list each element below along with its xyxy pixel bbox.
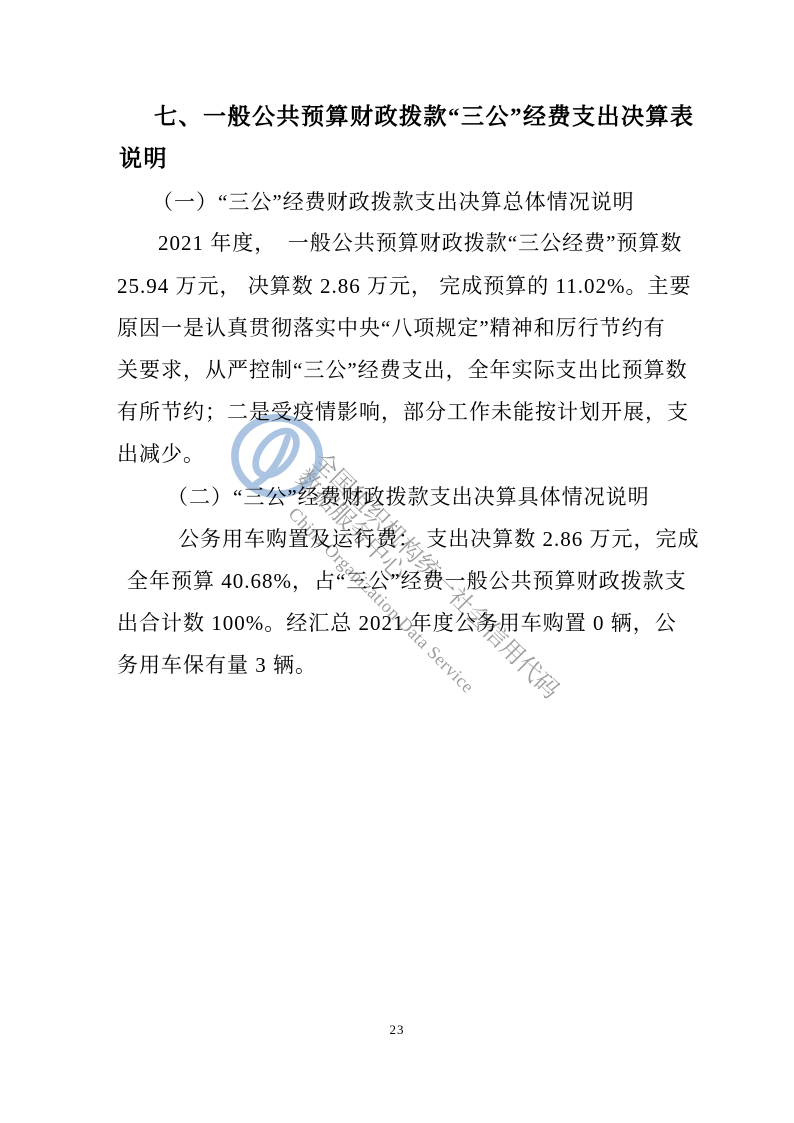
doc-line-section1-heading: （一）“三公”经费财政拨款支出决算总体情况说明 <box>152 190 635 214</box>
doc-line: 出减少。 <box>117 442 205 466</box>
doc-line-section2-heading: （二）“三公”经费财政拨款支出决算具体情况说明 <box>167 485 650 509</box>
doc-line: 2021 年度， 一般公共预算财政拨款“三公经费”预算数 <box>158 231 682 255</box>
document-page: 全国组织机构统一社会信用代码 数据服务中心 China Organization… <box>0 0 794 1123</box>
doc-line: 出合计数 100%。经汇总 2021 年度公务用车购置 0 辆，公 <box>117 611 677 635</box>
doc-line: 关要求，从严控制“三公”经费支出，全年实际支出比预算数 <box>117 358 688 382</box>
doc-line: 务用车保有量 3 辆。 <box>117 653 317 677</box>
doc-line: 25.94 万元， 决算数 2.86 万元， 完成预算的 11.02%。主要 <box>117 274 691 298</box>
doc-line: 原因一是认真贯彻落实中央“八项规定”精神和厉行节约有 <box>117 316 666 340</box>
doc-title-line2: 说明 <box>119 146 168 172</box>
doc-line: 有所节约；二是受疫情影响，部分工作未能按计划开展，支 <box>117 400 689 424</box>
doc-title-line1: 七、一般公共预算财政拨款“三公”经费支出决算表 <box>154 104 695 130</box>
doc-line: 全年预算 40.68%，占“三公”经费一般公共预算财政拨款支 <box>127 569 687 593</box>
page-number: 23 <box>0 1022 794 1038</box>
doc-line: 公务用车购置及运行费： 支出决算数 2.86 万元，完成 <box>178 527 700 551</box>
